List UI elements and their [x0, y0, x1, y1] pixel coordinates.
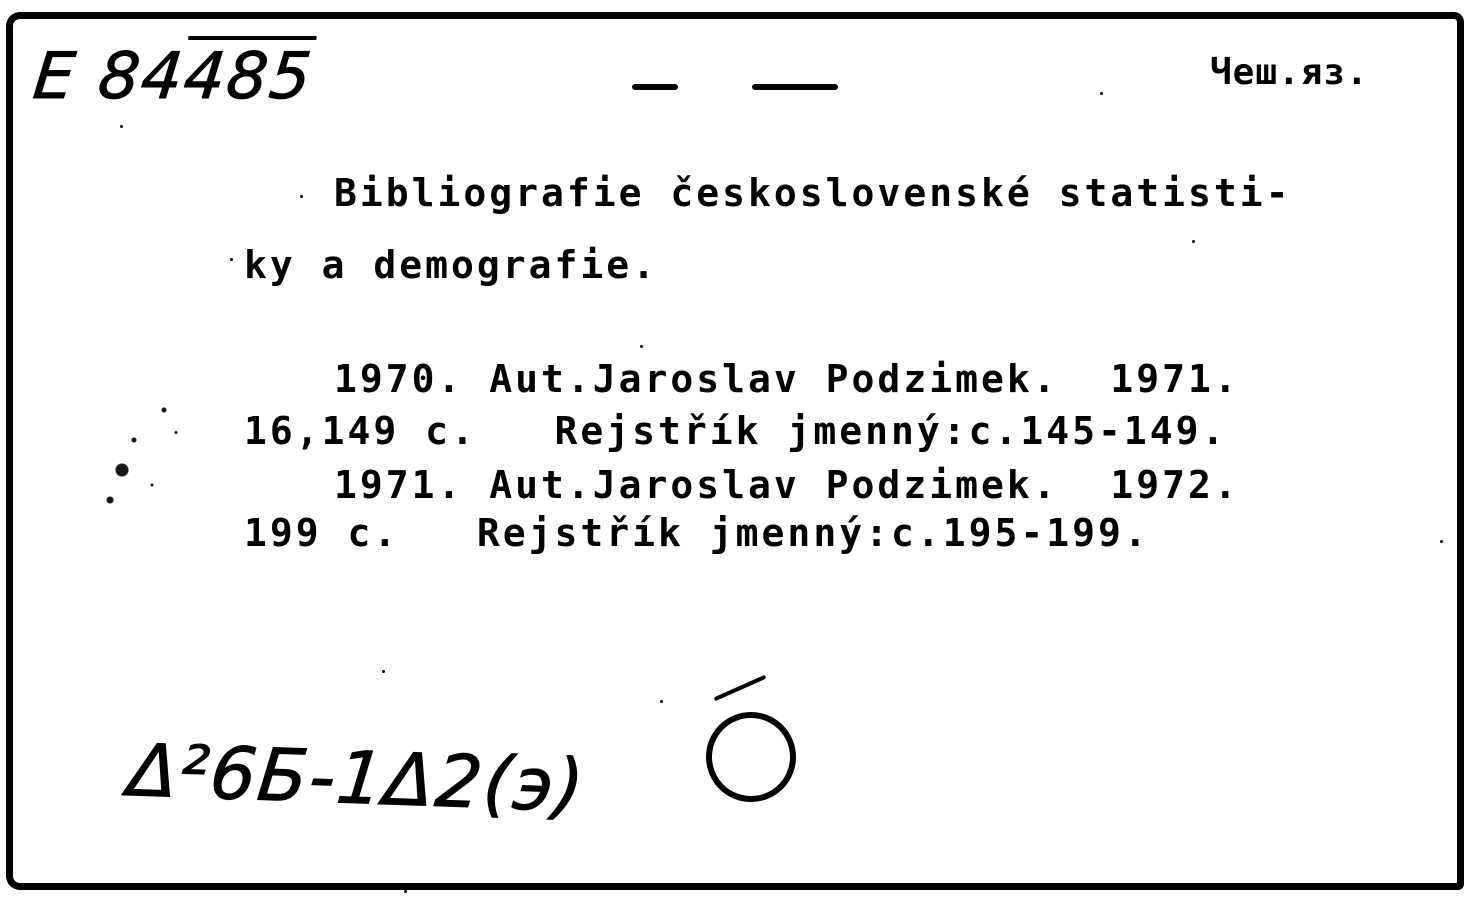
speck	[230, 258, 233, 261]
language-label: Чеш.яз.	[1210, 52, 1369, 93]
speck	[300, 195, 303, 198]
volume-line: 16,149 c. Rejstřík jmenný:c.145-149.	[244, 412, 1227, 450]
title-line: ky a demografie.	[244, 246, 658, 284]
speck	[382, 670, 385, 673]
volume-line: 1970. Aut.Jaroslav Podzimek. 1971.	[334, 360, 1240, 398]
volume-line: 199 c. Rejstřík jmenný:c.195-199.	[244, 514, 1150, 552]
speck	[120, 125, 123, 128]
speck	[660, 700, 663, 703]
shelf-mark: Δ²6Ƃ-1Δ2(э)	[124, 728, 589, 828]
speck	[1100, 92, 1103, 95]
ink-smudge	[80, 395, 200, 545]
dash-mark	[632, 84, 678, 90]
punch-hole	[706, 712, 796, 802]
speck	[1192, 240, 1195, 243]
speck	[1440, 540, 1443, 543]
call-number: E 84485	[30, 40, 316, 114]
dash-mark	[752, 84, 838, 90]
call-number-suffix: 485	[180, 40, 316, 114]
speck	[1458, 830, 1461, 833]
speck	[640, 345, 643, 348]
volume-line: 1971. Aut.Jaroslav Podzimek. 1972.	[334, 466, 1240, 504]
call-number-prefix: E 84	[30, 40, 188, 114]
title-line: Bibliografie československé statisti-	[334, 174, 1291, 212]
speck	[404, 890, 407, 893]
